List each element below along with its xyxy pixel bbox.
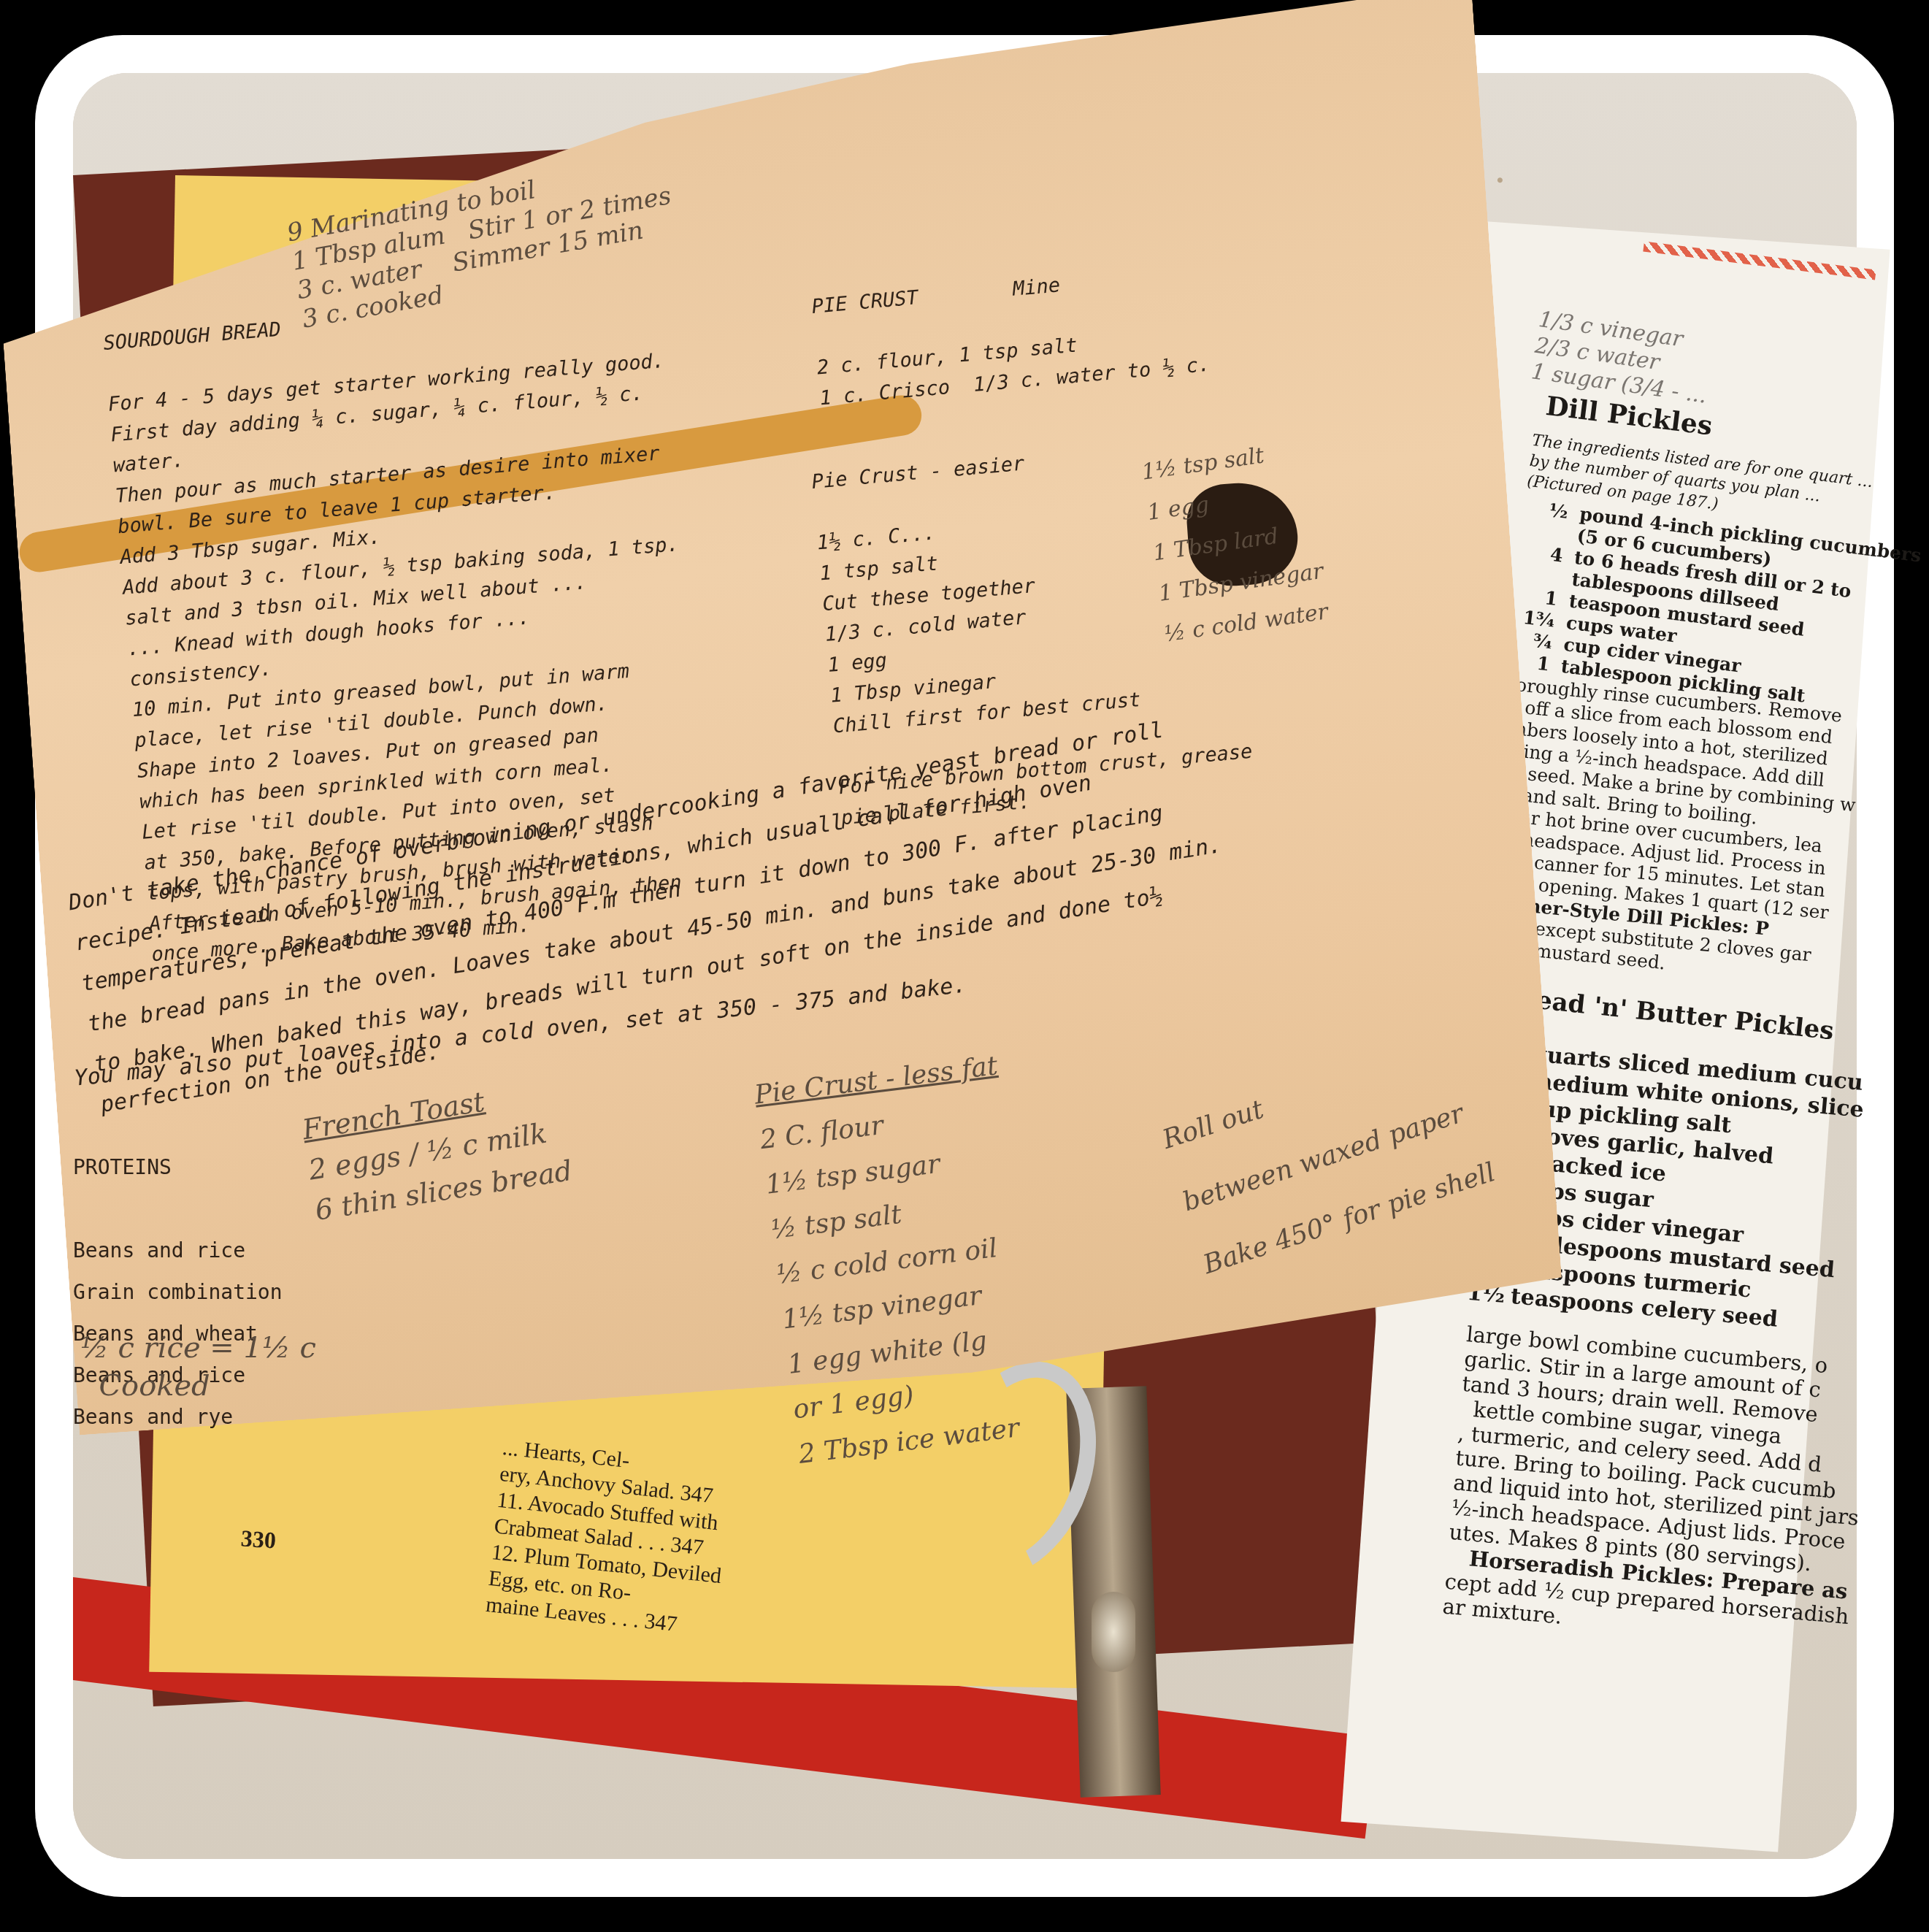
pie-crust-less-fat-note: Pie Crust - less fat 2 C. flour 1½ tsp s… xyxy=(752,1043,1044,1478)
handwritten-pie-crust-additions: 1½ tsp salt 1 egg 1 Tbsp lard 1 Tbsp vin… xyxy=(1139,429,1332,655)
binder-rivet xyxy=(1092,1592,1135,1672)
bread-butter-pickles-directions: large bowl combine cucumbers, o garlic. … xyxy=(1441,1322,1873,1654)
page-number: 330 xyxy=(240,1525,277,1554)
rice-note: ½ c rice = 1½ c Cooked xyxy=(80,1329,316,1405)
